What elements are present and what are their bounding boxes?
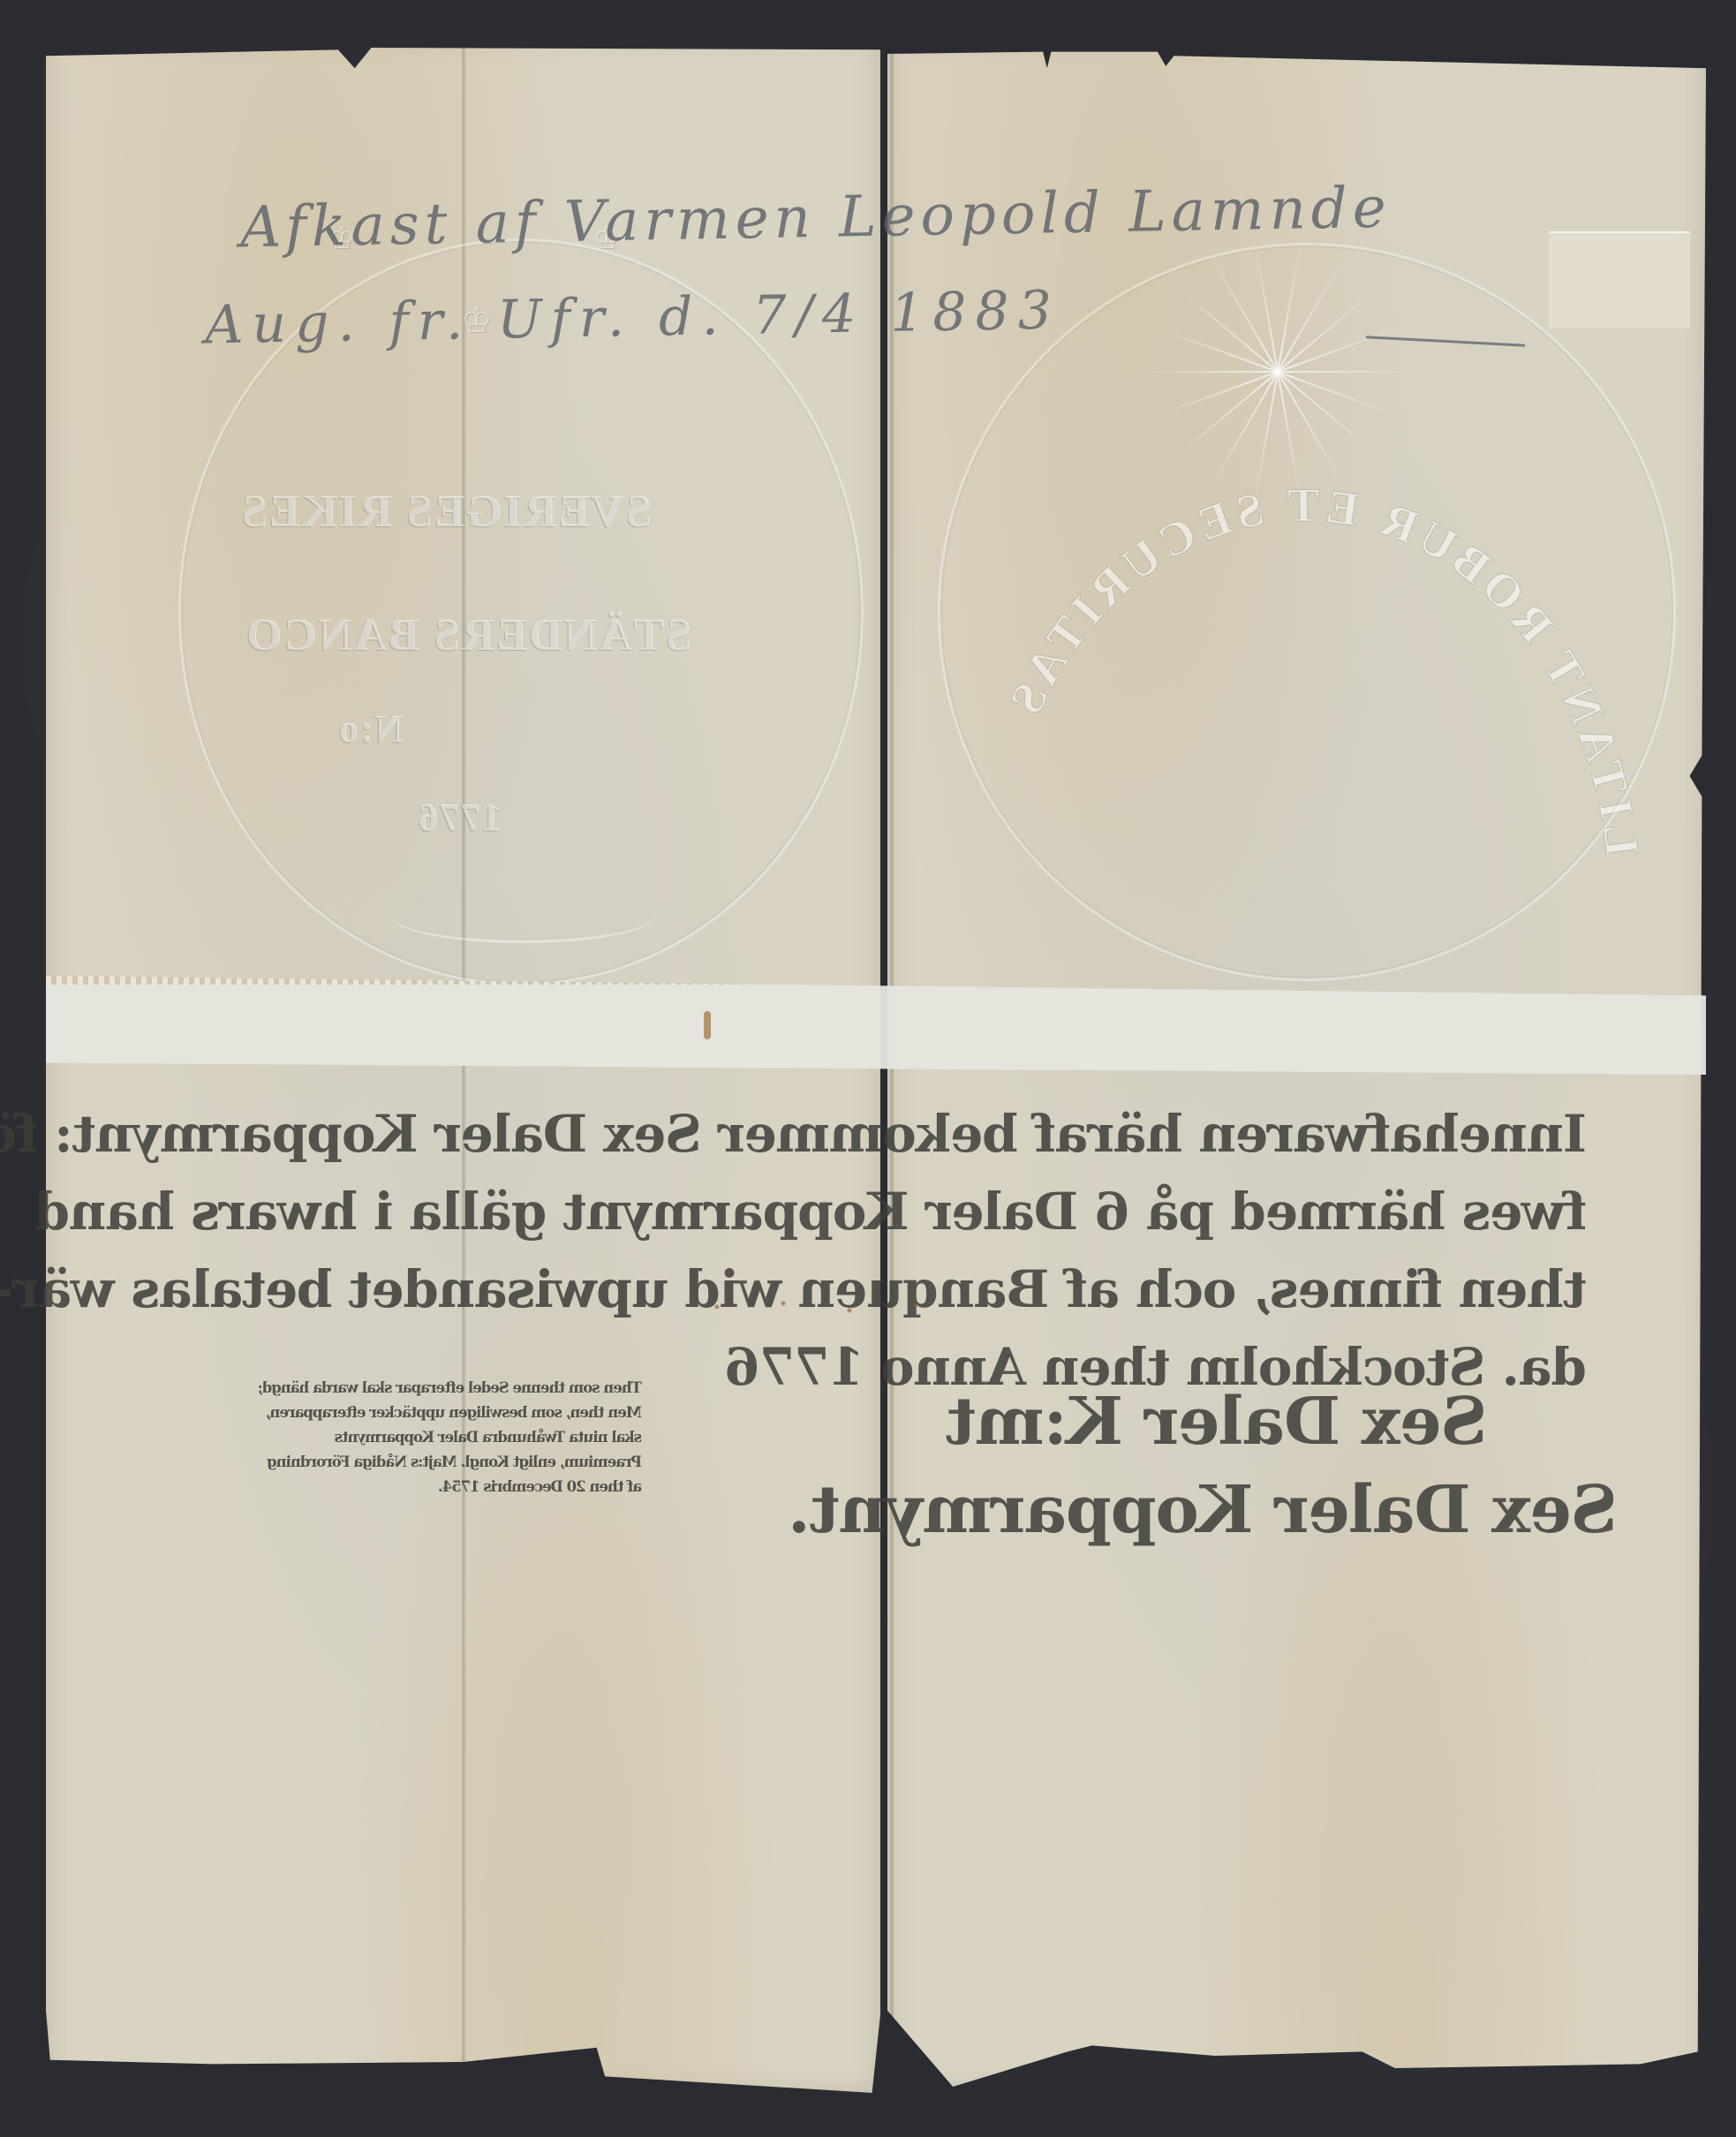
warning-line: Praemium, enligt Kongl. Majt:s Nådiga Fö…: [253, 1450, 642, 1475]
seal-left-line3: N:o: [337, 706, 403, 751]
repair-tape-small: [1549, 231, 1690, 328]
mirrored-main-text: Innehafwaren häraf bekommer Sex Daler Ko…: [245, 1095, 1587, 1406]
warning-line: Men then, som beswiligen upptäcker efter…: [253, 1401, 642, 1425]
denomination-line: Sex Daler K:mt: [947, 1378, 1618, 1466]
banknote: ♔ ♔ ♔ SVERIGES RIKES STÄNDERS BANCO N:o …: [46, 35, 1706, 2093]
rust-stains: [691, 1289, 955, 1325]
warning-line: Then som thenne Sedel efterapar skal war…: [253, 1376, 642, 1401]
denomination-line: Sex Daler Kopparmynt.: [947, 1466, 1618, 1554]
main-text-line: Innehafwaren häraf bekommer Sex Daler Ko…: [245, 1095, 1587, 1173]
main-text-line: fwes härmed på 6 Daler Kopparmynt gälla …: [245, 1173, 1587, 1250]
laurel-wreath-icon: [390, 887, 655, 943]
tape-stain: [704, 1011, 711, 1039]
seal-left-line2: STÄNDERS BANCO: [245, 609, 691, 661]
warning-line: af then 20 Decembris 1754.: [253, 1475, 642, 1499]
sunburst-icon: [1278, 371, 1279, 373]
mirrored-denomination: Sex Daler K:mt Sex Daler Kopparmynt.: [947, 1378, 1618, 1554]
warning-line: skal niuta Twåhundra Daler Kopparmynts: [253, 1425, 642, 1450]
seal-left-year: 1776: [417, 795, 502, 840]
mirrored-warning-text: Then som thenne Sedel efterapar skal war…: [253, 1376, 642, 1499]
seal-left-line1: SVERIGES RIKES: [240, 486, 652, 538]
svg-text:LITANT ROBUR ET SECURITAS: LITANT ROBUR ET SECURITAS: [997, 479, 1649, 859]
